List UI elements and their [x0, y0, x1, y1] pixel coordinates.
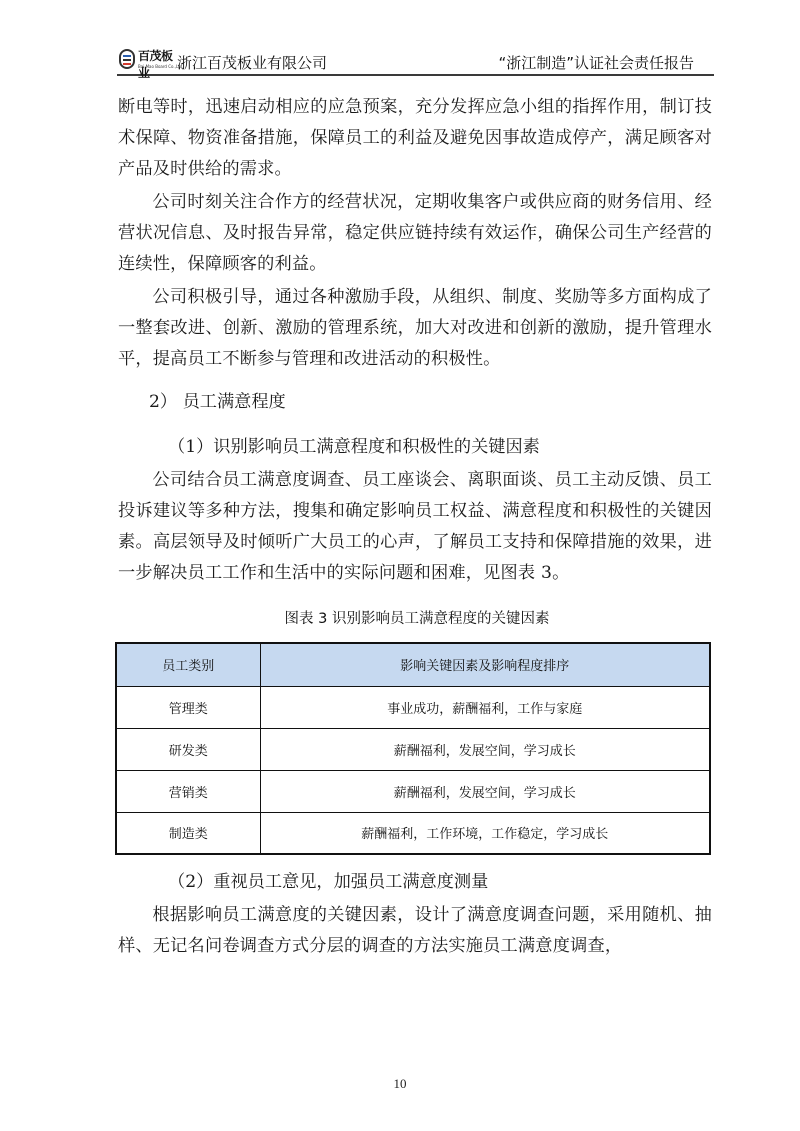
cell-factors: 薪酬福利，发展空间，学习成长	[260, 770, 710, 812]
cell-category: 研发类	[116, 728, 260, 770]
cell-factors: 薪酬福利，工作环境，工作稳定，学习成长	[260, 812, 710, 854]
paragraph-key-factors: 公司结合员工满意度调查、员工座谈会、离职面谈、员工主动反馈、员工投诉建议等多种方…	[118, 465, 712, 589]
page-number: 10	[0, 1076, 800, 1092]
report-title: “浙江制造”认证社会责任报告	[498, 52, 694, 73]
table-row: 营销类 薪酬福利，发展空间，学习成长	[116, 770, 710, 812]
cell-factors: 薪酬福利，发展空间，学习成长	[260, 728, 710, 770]
section-heading-satisfaction: 2） 员工满意程度	[118, 387, 712, 418]
table-caption: 图表 3 识别影响员工满意程度的关键因素	[118, 607, 712, 628]
page-header: 百茂板业 Bai Mao Board Co.,Ltd. 浙江百茂板业有限公司 “…	[117, 44, 714, 76]
paragraph-partners: 公司时刻关注合作方的经营状况，定期收集客户或供应商的财务信用、经营状况信息、及时…	[118, 187, 712, 280]
table-row: 研发类 薪酬福利，发展空间，学习成长	[116, 728, 710, 770]
paragraph-incentives: 公司积极引导，通过各种激励手段，从组织、制度、奖励等多方面构成了一整套改进、创新…	[118, 282, 712, 375]
table-row: 管理类 事业成功，薪酬福利，工作与家庭	[116, 686, 710, 728]
company-logo: 百茂板业 Bai Mao Board Co.,Ltd.	[117, 47, 175, 73]
company-name: 浙江百茂板业有限公司	[177, 52, 327, 73]
cell-factors: 事业成功，薪酬福利，工作与家庭	[260, 686, 710, 728]
table-row: 制造类 薪酬福利，工作环境，工作稳定，学习成长	[116, 812, 710, 854]
column-header-category: 员工类别	[116, 643, 260, 686]
paragraph-emergency: 断电等时，迅速启动相应的应急预案，充分发挥应急小组的指挥作用，制订技术保障、物资…	[118, 92, 712, 185]
paragraph-measurement: 根据影响员工满意度的关键因素，设计了满意度调查问题，采用随机、抽样、无记名问卷调…	[118, 900, 712, 962]
company-logo-icon	[119, 49, 135, 69]
key-factors-table: 员工类别 影响关键因素及影响程度排序 管理类 事业成功，薪酬福利，工作与家庭 研…	[115, 642, 711, 855]
subsection-heading-measurement: （2）重视员工意见，加强员工满意度测量	[118, 867, 712, 898]
cell-category: 制造类	[116, 812, 260, 854]
table-header-row: 员工类别 影响关键因素及影响程度排序	[116, 643, 710, 686]
column-header-factors: 影响关键因素及影响程度排序	[260, 643, 710, 686]
cell-category: 管理类	[116, 686, 260, 728]
cell-category: 营销类	[116, 770, 260, 812]
page-content: 断电等时，迅速启动相应的应急预案，充分发挥应急小组的指挥作用，制订技术保障、物资…	[118, 92, 712, 962]
subsection-heading-key-factors: （1）识别影响员工满意程度和积极性的关键因素	[118, 432, 712, 463]
